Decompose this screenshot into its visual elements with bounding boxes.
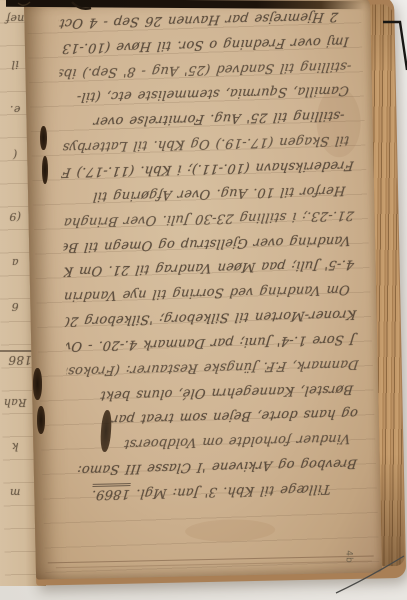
photograph-of-diary-page: nefile.((9a6186Rahkm Tillæge til Kbh. 3'… bbox=[0, 0, 407, 600]
ink-blot bbox=[42, 156, 48, 184]
facing-page-fragment: 6 bbox=[0, 300, 30, 313]
facing-page-fragment: ( bbox=[0, 148, 30, 161]
archival-folio-pencil-mark: 4b bbox=[344, 550, 354, 563]
facing-page-fragment: (9 bbox=[0, 210, 30, 223]
facing-page-fragment: Rah bbox=[0, 396, 30, 409]
first-line-text: Tillæge til Kbh. 3' Jan: Mgl. bbox=[135, 481, 331, 501]
ink-blot bbox=[33, 368, 42, 400]
facing-page-fragment: k bbox=[0, 440, 30, 453]
ink-blot bbox=[37, 406, 45, 434]
facing-page-fragment: m bbox=[0, 486, 30, 499]
facing-page-fragment: a bbox=[0, 256, 30, 269]
year-1869-underlined: 1869. bbox=[91, 483, 131, 502]
ink-blot bbox=[40, 126, 47, 150]
